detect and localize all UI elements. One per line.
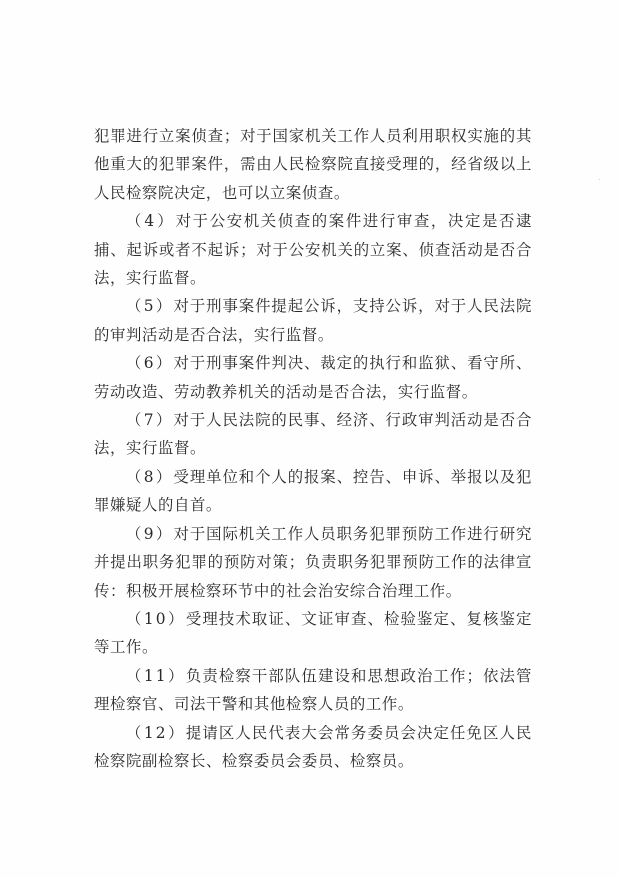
- item-number: （10）: [126, 610, 186, 628]
- list-item-9: （9）对于国际机关工作人员职务犯罪预防工作进行研究并提出职务犯罪的预防对策；负责…: [94, 520, 532, 605]
- list-item-6: （6）对于刑事案件判决、裁定的执行和监狱、看守所、劳动改造、劳动教养机关的活动是…: [94, 349, 532, 406]
- item-number: （8）: [126, 468, 174, 486]
- item-number: （6）: [126, 354, 174, 372]
- scan-speck: [599, 179, 600, 180]
- list-item-7: （7）对于人民法院的民事、经济、行政审判活动是否合法，实行监督。: [94, 406, 532, 463]
- item-number: （4）: [126, 212, 176, 230]
- list-item-11: （11）负责检察干部队伍建设和思想政治工作；依法管理检察官、司法干警和其他检察人…: [94, 662, 532, 719]
- document-body: 犯罪进行立案侦查；对于国家机关工作人员利用职权实施的其他重大的犯罪案件，需由人民…: [94, 122, 532, 775]
- item-number: （7）: [126, 411, 174, 429]
- list-item-12: （12）提请区人民代表大会常务委员会决定任免区人民检察院副检察长、检察委员会委员…: [94, 719, 532, 776]
- item-number: （9）: [126, 525, 174, 543]
- item-number: （11）: [126, 667, 186, 685]
- paragraph-continuation: 犯罪进行立案侦查；对于国家机关工作人员利用职权实施的其他重大的犯罪案件，需由人民…: [94, 122, 532, 207]
- list-item-4: （4）对于公安机关侦查的案件进行审查，决定是否逮捕、起诉或者不起诉；对于公安机关…: [94, 207, 532, 292]
- list-item-8: （8）受理单位和个人的报案、控告、申诉、举报以及犯罪嫌疑人的自首。: [94, 463, 532, 520]
- document-page: 犯罪进行立案侦查；对于国家机关工作人员利用职权实施的其他重大的犯罪案件，需由人民…: [0, 0, 620, 877]
- paragraph-text: 犯罪进行立案侦查；对于国家机关工作人员利用职权实施的其他重大的犯罪案件，需由人民…: [94, 127, 532, 202]
- item-number: （5）: [126, 297, 174, 315]
- list-item-5: （5）对于刑事案件提起公诉，支持公诉，对于人民法院的审判活动是否合法，实行监督。: [94, 292, 532, 349]
- item-number: （12）: [126, 724, 186, 742]
- list-item-10: （10）受理技术取证、文证审查、检验鉴定、复核鉴定等工作。: [94, 605, 532, 662]
